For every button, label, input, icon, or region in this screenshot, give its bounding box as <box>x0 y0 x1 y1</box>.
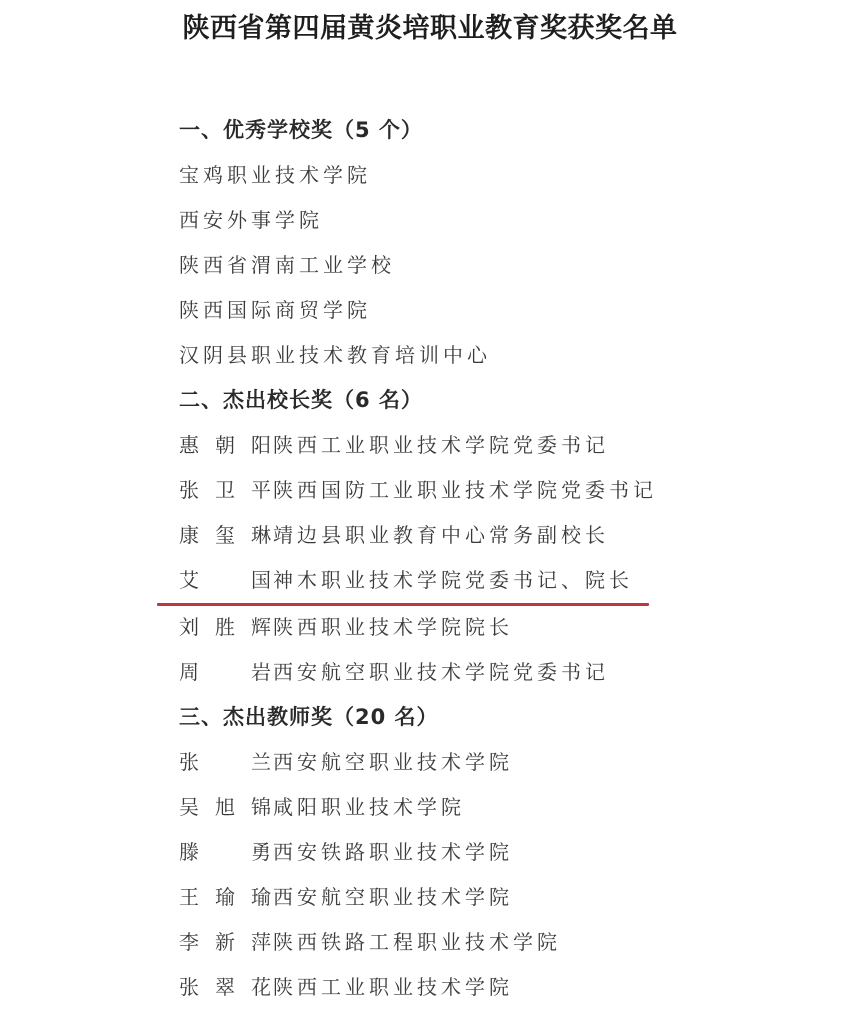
person-org: 西安铁路职业技术学院 <box>273 837 513 867</box>
person-org: 靖边县职业教育中心常务副校长 <box>273 520 609 550</box>
list-item: 王瑜瑜西安航空职业技术学院 <box>179 882 513 912</box>
person-name: 王瑜瑜 <box>179 882 273 912</box>
list-item: 周岩西安航空职业技术学院党委书记 <box>179 657 609 687</box>
list-item: 滕勇西安铁路职业技术学院 <box>179 837 513 867</box>
document-title: 陕西省第四届黄炎培职业教育奖获奖名单 <box>0 6 860 45</box>
section-heading-outstanding-teachers: 三、杰出教师奖（20 名） <box>179 702 439 732</box>
person-name: 刘胜辉 <box>179 612 273 642</box>
person-org: 西安航空职业技术学院 <box>273 882 513 912</box>
list-item: 吴旭锦咸阳职业技术学院 <box>179 792 465 822</box>
person-name: 张卫平 <box>179 475 273 505</box>
list-item: 张翠花陕西工业职业技术学院 <box>179 972 513 1002</box>
person-name: 李新萍 <box>179 927 273 957</box>
person-name: 张翠花 <box>179 972 273 1002</box>
person-name: 吴旭锦 <box>179 792 273 822</box>
person-org: 西安航空职业技术学院党委书记 <box>273 657 609 687</box>
list-item: 陕西省渭南工业学校 <box>179 250 395 280</box>
list-item: 刘胜辉陕西职业技术学院院长 <box>179 612 513 642</box>
person-org: 陕西国防工业职业技术学院党委书记 <box>273 475 657 505</box>
list-item: 陕西国际商贸学院 <box>179 295 371 325</box>
list-item: 宝鸡职业技术学院 <box>179 160 371 190</box>
list-item: 张兰西安航空职业技术学院 <box>179 747 513 777</box>
list-item: 汉阴县职业技术教育培训中心 <box>179 340 491 370</box>
list-item: 惠朝阳陕西工业职业技术学院党委书记 <box>179 430 609 460</box>
person-org: 陕西铁路工程职业技术学院 <box>273 927 561 957</box>
red-highlight-underline <box>157 603 649 606</box>
person-org: 西安航空职业技术学院 <box>273 747 513 777</box>
section-heading-excellent-schools: 一、优秀学校奖（5 个） <box>179 115 423 145</box>
person-name: 康玺琳 <box>179 520 273 550</box>
person-name: 滕勇 <box>179 837 273 867</box>
person-name: 周岩 <box>179 657 273 687</box>
section-heading-outstanding-principals: 二、杰出校长奖（6 名） <box>179 385 423 415</box>
person-name: 张兰 <box>179 747 273 777</box>
person-org: 陕西工业职业技术学院党委书记 <box>273 430 609 460</box>
list-item-highlighted: 艾国神木职业技术学院党委书记、院长 <box>179 565 633 595</box>
person-org: 陕西工业职业技术学院 <box>273 972 513 1002</box>
person-name: 惠朝阳 <box>179 430 273 460</box>
list-item: 康玺琳靖边县职业教育中心常务副校长 <box>179 520 609 550</box>
person-name: 艾国 <box>179 565 273 595</box>
person-org: 咸阳职业技术学院 <box>273 792 465 822</box>
list-item: 西安外事学院 <box>179 205 323 235</box>
person-org: 陕西职业技术学院院长 <box>273 612 513 642</box>
list-item: 张卫平陕西国防工业职业技术学院党委书记 <box>179 475 657 505</box>
list-item: 李新萍陕西铁路工程职业技术学院 <box>179 927 561 957</box>
person-org: 神木职业技术学院党委书记、院长 <box>273 565 633 595</box>
